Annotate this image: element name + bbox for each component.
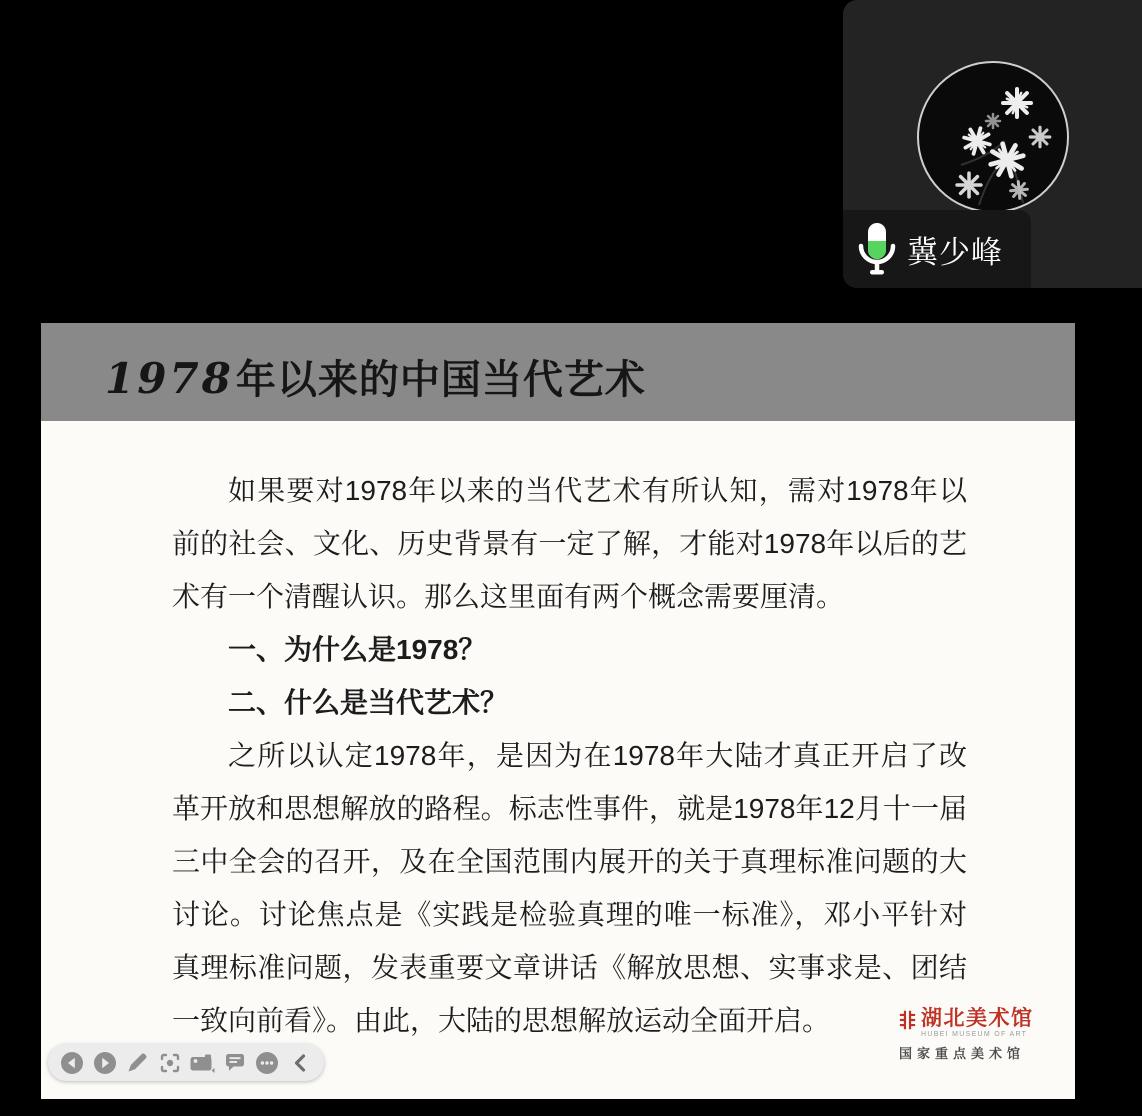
slide-title: 1978年以来的中国当代艺术 [105,348,646,405]
shared-slide: 1978年以来的中国当代艺术 如果要对1978年以来的当代艺术有所认知，需对19… [41,323,1075,1099]
camera-button[interactable] [189,1050,215,1076]
slide-paragraph: 一、为什么是1978？ [172,623,967,676]
pencil-icon [125,1051,149,1075]
annotate-button[interactable] [124,1050,150,1076]
more-icon [255,1051,279,1075]
collapse-toolbar-button[interactable] [287,1050,313,1076]
collapse-icon [290,1052,310,1074]
slide-paragraph: 之所以认定1978年，是因为在1978年大陆才真正开启了改革开放和思想解放的路程… [172,729,967,1047]
museum-subtitle: 国家重点美术馆 [899,1043,1075,1062]
slide-title-text: 年以来的中国当代艺术 [236,358,646,402]
avatar-flowers-image [919,63,1069,213]
slide-title-number: 1978 [105,354,234,403]
laser-pointer-icon [158,1051,182,1075]
slide-header: 1978年以来的中国当代艺术 [41,323,1075,421]
chat-button[interactable] [222,1050,248,1076]
museum-seal-icon [899,1009,916,1031]
meeting-window: 1978年以来的中国当代艺术 如果要对1978年以来的当代艺术有所认知，需对19… [0,0,1142,1116]
slide-paragraphs: 如果要对1978年以来的当代艺术有所认知，需对1978年以前的社会、文化、历史背… [41,421,1075,1047]
previous-button[interactable] [59,1050,85,1076]
participant-name-bar: 冀少峰 [843,210,1031,288]
presentation-toolbar [48,1044,324,1081]
museum-name-cn: 湖北美术馆 [921,1008,1034,1029]
participant-name: 冀少峰 [907,227,1003,272]
slide-paragraph: 如果要对1978年以来的当代艺术有所认知，需对1978年以前的社会、文化、历史背… [172,464,967,623]
laser-pointer-button[interactable] [157,1050,183,1076]
camera-icon [189,1051,215,1075]
participant-video-tile[interactable]: 冀少峰 [843,0,1142,288]
next-icon [93,1051,117,1075]
slide-paragraph: 二、什么是当代艺术？ [172,676,967,729]
avatar [917,61,1069,213]
previous-icon [60,1051,84,1075]
museum-name-en: HUBEI MUSEUM OF ART [921,1031,1034,1038]
museum-logo: 湖北美术馆 HUBEI MUSEUM OF ART 国家重点美术馆 [899,1008,1075,1062]
chat-icon [223,1051,247,1075]
more-button[interactable] [254,1050,280,1076]
next-button[interactable] [92,1050,118,1076]
microphone-icon [855,219,899,279]
